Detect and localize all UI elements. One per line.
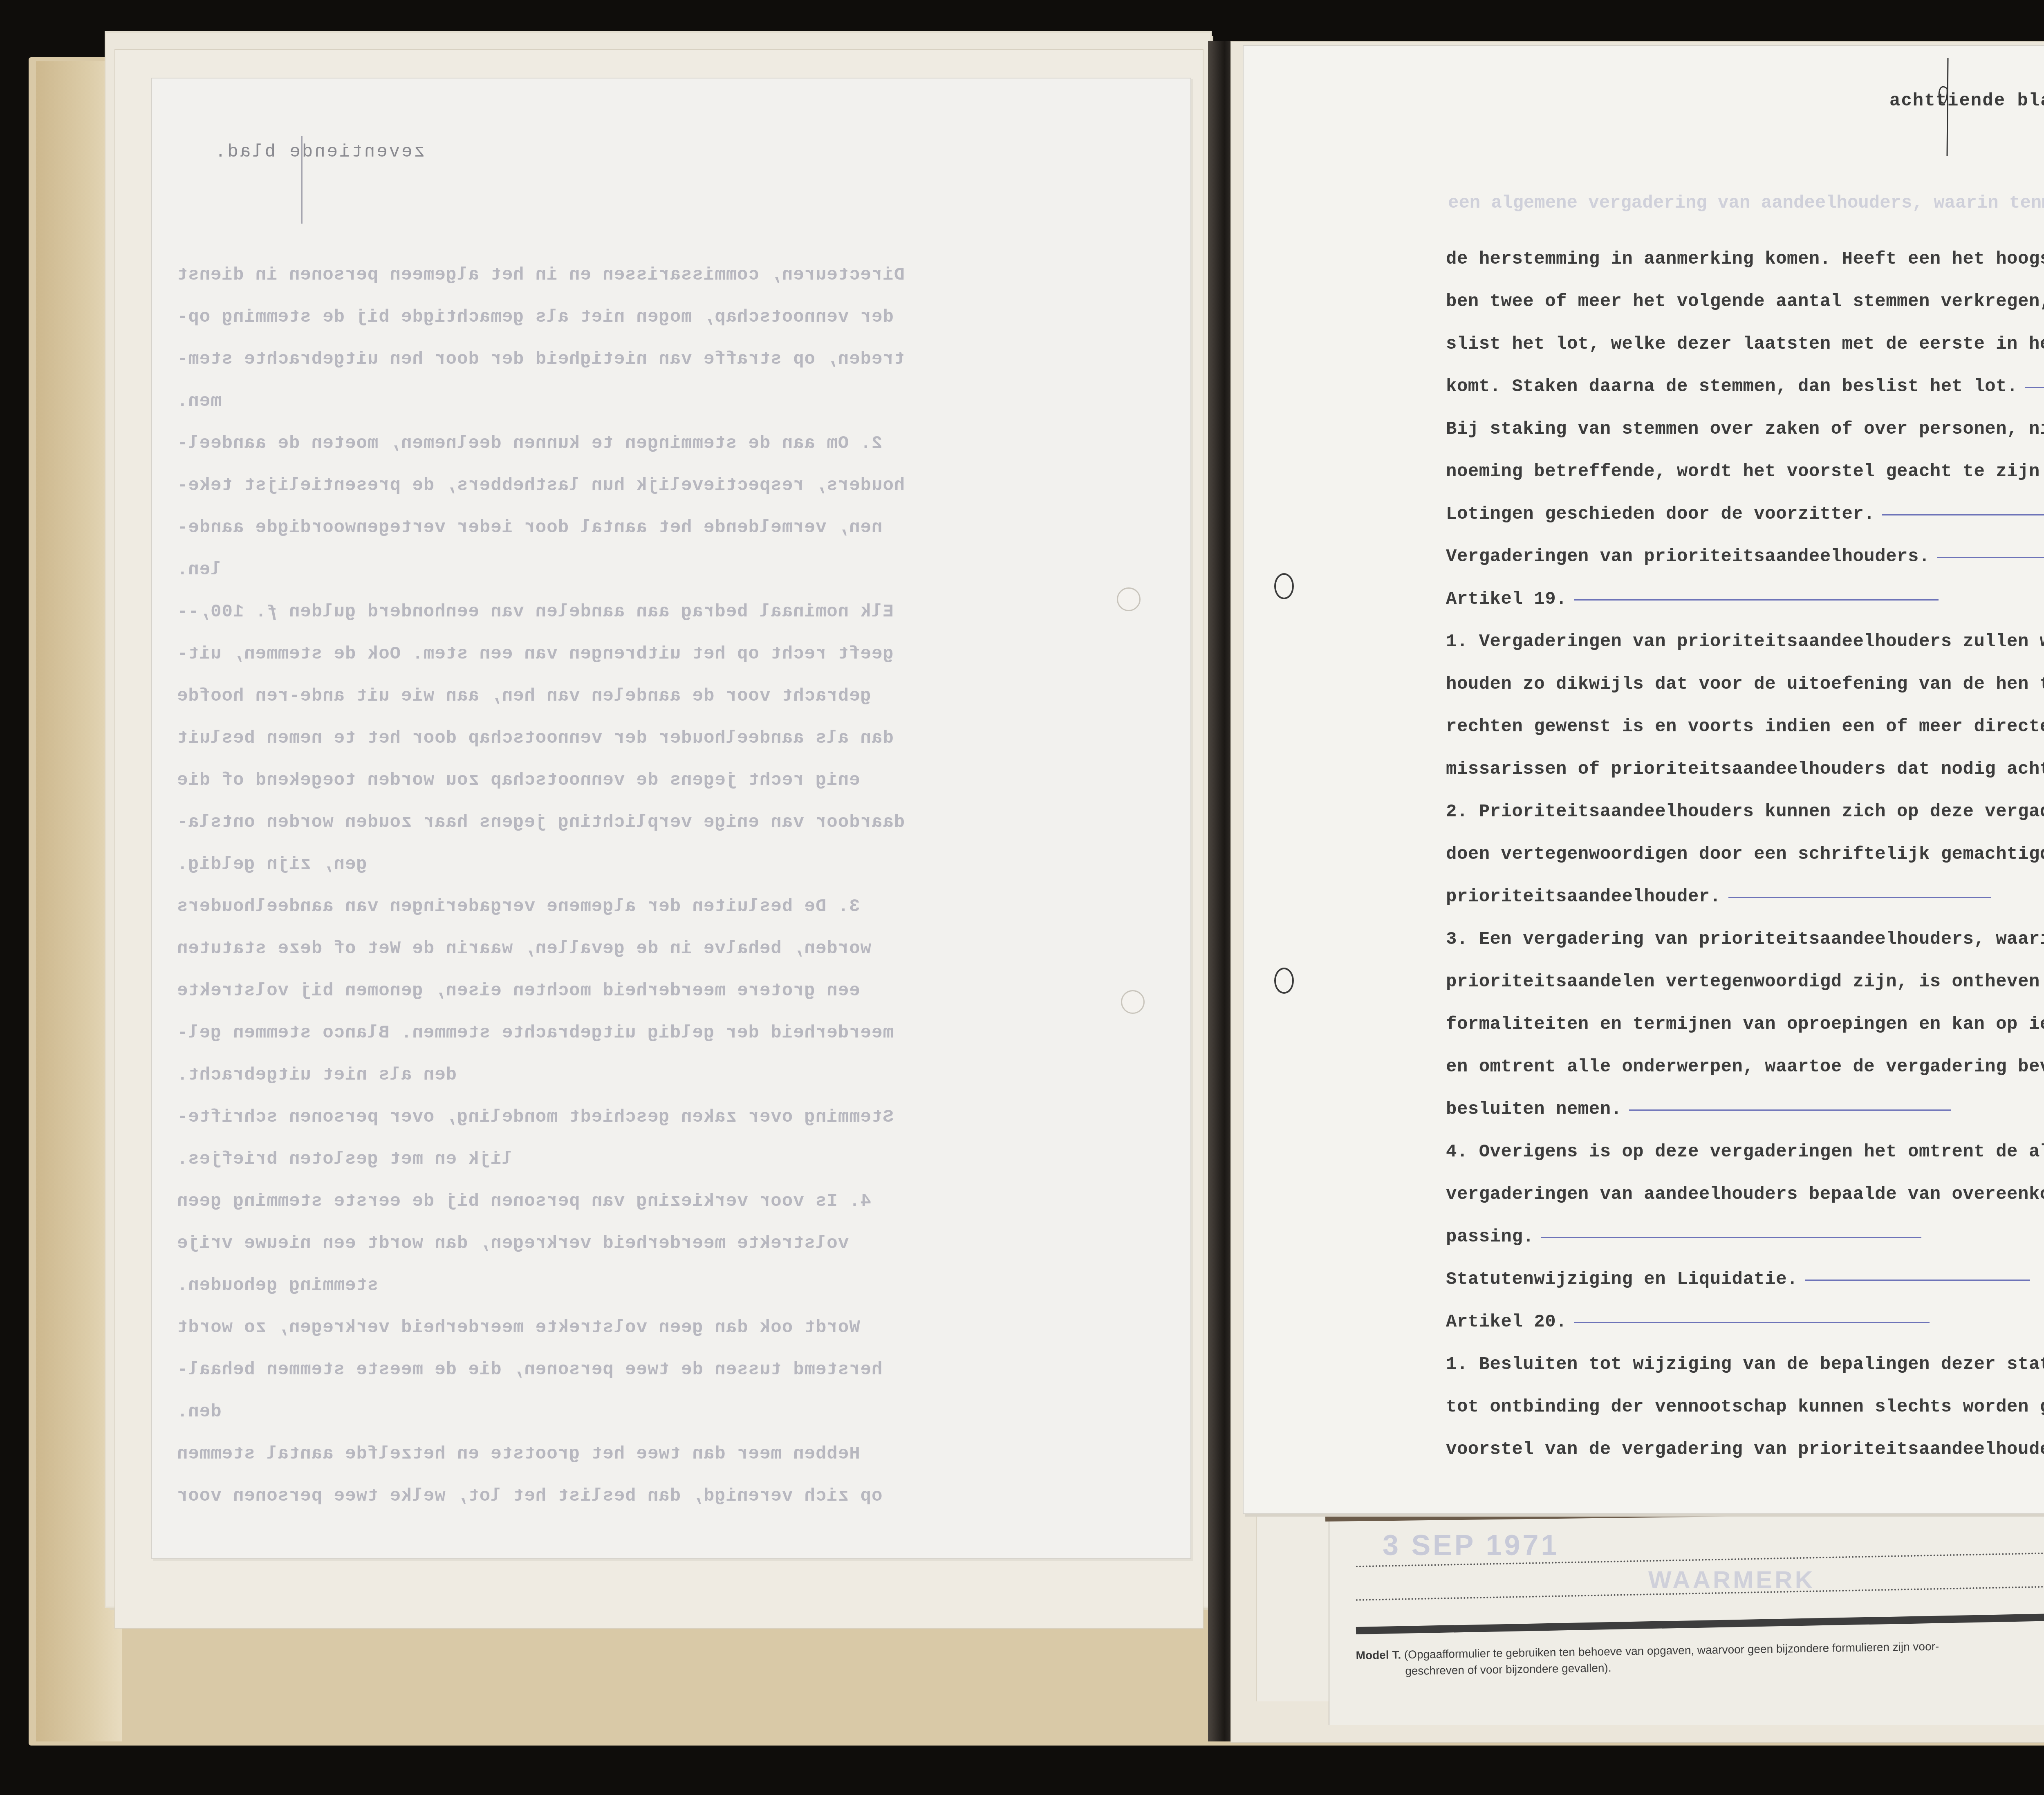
typed-line: passing. — [1446, 1216, 2044, 1258]
form-rule — [1356, 1610, 2044, 1634]
punch-hole-icon — [1274, 968, 1294, 994]
left-text-line: Stemming over zaken geschiedt mondeling,… — [177, 1096, 1158, 1138]
pen-line-filler — [2025, 387, 2044, 388]
typed-line-text: vergaderingen van aandeelhouders bepaald… — [1446, 1184, 2044, 1205]
typed-line-text: Bij staking van stemmen over zaken of ov… — [1446, 419, 2044, 439]
typed-line-text: Lotingen geschieden door de voorzitter. — [1446, 504, 1875, 524]
left-page-body: Directeuren, commissarissen en in het al… — [177, 254, 1158, 1522]
typed-line-text: slist het lot, welke dezer laatsten met … — [1446, 334, 2044, 354]
typed-line: Vergaderingen van prioriteitsaandeelhoud… — [1446, 536, 2044, 578]
typed-line-text: formaliteiten en termijnen van oproeping… — [1446, 1014, 2044, 1035]
pen-line-filler — [1629, 1109, 1951, 1111]
typed-line-text: tot ontbinding der vennootschap kunnen s… — [1446, 1397, 2044, 1417]
waarmerk-stamp: WAARMERK — [1648, 1566, 1815, 1594]
pen-line-filler — [1541, 1237, 1921, 1238]
typed-line-text: 2. Prioriteitsaandeelhouders kunnen zich… — [1446, 802, 2044, 822]
typed-line-text: komt. Staken daarna de stemmen, dan besl… — [1446, 376, 2018, 397]
left-page-header: zeventiende blad. — [213, 142, 425, 162]
showthrough-text: een algemene vergadering van aandeelhoud… — [1448, 193, 2044, 213]
typed-line-text: ben twee of meer het volgende aantal ste… — [1446, 291, 2044, 312]
left-text-line: 2. Om aan de stemmingen te kunnen deelne… — [177, 423, 1158, 465]
typed-line-text: houden zo dikwijls dat voor de uitoefeni… — [1446, 674, 2044, 695]
typed-line: slist het lot, welke dezer laatsten met … — [1446, 323, 2044, 365]
right-page: achttiende blad. een algemene vergaderin… — [1243, 45, 2044, 1514]
left-text-line: nen, vermeldende het aantal door ieder v… — [177, 507, 1158, 549]
left-text-line: houders, respectievelijk hun lasthebbers… — [177, 465, 1158, 507]
right-page-header: achttiende blad. — [1889, 91, 2044, 111]
typed-line: komt. Staken daarna de stemmen, dan besl… — [1446, 365, 2044, 408]
left-text-line: stemming gehouden. — [177, 1265, 1158, 1307]
typed-line-text: de herstemming in aanmerking komen. Heef… — [1446, 249, 2044, 269]
left-text-line: treden, op straffe van nietigheid der do… — [177, 338, 1158, 381]
left-text-line: worden, behalve in de gevallen, waarin d… — [177, 928, 1158, 970]
left-text-line: 3. De besluiten der algemene vergadering… — [177, 886, 1158, 928]
typed-line: besluiten nemen. — [1446, 1088, 2044, 1131]
typed-line-text: 1. Besluiten tot wijziging van de bepali… — [1446, 1354, 2044, 1375]
typed-line: ben twee of meer het volgende aantal ste… — [1446, 280, 2044, 323]
left-text-line: gen, zijn geldig. — [177, 844, 1158, 886]
typed-line: tot ontbinding der vennootschap kunnen s… — [1446, 1386, 2044, 1428]
typed-line-text: doen vertegenwoordigen door een schrifte… — [1446, 844, 2044, 865]
left-page: zeventiende blad. Directeuren, commissar… — [151, 78, 1191, 1559]
typed-line: prioriteitsaandelen vertegenwoordigd zij… — [1446, 961, 2044, 1003]
typed-line: missarissen of prioriteitsaandeelhouders… — [1446, 748, 2044, 791]
typed-line: vergaderingen van aandeelhouders bepaald… — [1446, 1173, 2044, 1216]
typed-line-text: Artikel 20. — [1446, 1312, 1567, 1332]
left-text-line: den als niet uitgebracht. — [177, 1054, 1158, 1096]
left-text-line: lijk en met gesloten briefjes. — [177, 1138, 1158, 1181]
date-stamp: 3 SEP 1971 — [1383, 1529, 1559, 1562]
typed-line-text: missarissen of prioriteitsaandeelhouders… — [1446, 759, 2044, 780]
typed-line: de herstemming in aanmerking komen. Heef… — [1446, 238, 2044, 280]
typed-line: formaliteiten en termijnen van oproeping… — [1446, 1003, 2044, 1046]
left-text-line: gebracht voor de aandelen van hen, aan w… — [177, 675, 1158, 717]
typed-line-text: prioriteitsaandeelhouder. — [1446, 887, 1721, 907]
punch-hole-icon — [1274, 573, 1294, 599]
right-page-body: de herstemming in aanmerking komen. Heef… — [1446, 238, 2044, 1471]
form-model-label: Model T. — [1356, 1648, 1401, 1662]
left-text-line: op zich verenigd, dan beslist het lot, w… — [177, 1475, 1158, 1517]
typed-line-text: rechten gewenst is en voorts indien een … — [1446, 717, 2044, 737]
left-text-line: Directeuren, commissarissen en in het al… — [177, 254, 1158, 296]
left-text-line: Hebben meer dan twee het grootste en het… — [177, 1433, 1158, 1475]
left-text-line: een grotere meerderheid mochten eisen, g… — [177, 970, 1158, 1012]
pen-line-filler — [1882, 514, 2044, 515]
left-text-line: meerderheid der geldig uitgebrachte stem… — [177, 1012, 1158, 1054]
typed-line: 3. Een vergadering van prioriteitsaandee… — [1446, 918, 2044, 961]
typed-line: Lotingen geschieden door de voorzitter. — [1446, 493, 2044, 536]
typed-line: en omtrent alle onderwerpen, waartoe de … — [1446, 1046, 2044, 1088]
typed-line-text: 3. Een vergadering van prioriteitsaandee… — [1446, 929, 2044, 950]
left-text-line: dan als aandeelhouder der vennootschap d… — [177, 717, 1158, 760]
left-text-line: len. — [177, 549, 1158, 591]
typed-line-text: noeming betreffende, wordt het voorstel … — [1446, 462, 2044, 482]
left-text-line: daardoor van enige verplichting jegens h… — [177, 802, 1158, 844]
typed-line: 4. Overigens is op deze vergaderingen he… — [1446, 1131, 2044, 1173]
typed-line-text: en omtrent alle onderwerpen, waartoe de … — [1446, 1057, 2044, 1077]
typed-line: noeming betreffende, wordt het voorstel … — [1446, 450, 2044, 493]
left-text-line: den. — [177, 1391, 1158, 1433]
typed-line: prioriteitsaandeelhouder. — [1446, 876, 2044, 918]
pen-line-filler — [1728, 897, 1992, 898]
typed-line-text: passing. — [1446, 1227, 1534, 1247]
typed-line: Statutenwijziging en Liquidatie. — [1446, 1258, 2044, 1301]
punch-hole-icon — [1117, 587, 1141, 611]
typed-line: houden zo dikwijls dat voor de uitoefeni… — [1446, 663, 2044, 706]
typed-line-text: besluiten nemen. — [1446, 1099, 1622, 1120]
typed-line: 2. Prioriteitsaandeelhouders kunnen zich… — [1446, 791, 2044, 833]
left-text-line: 4. Is voor verkiezing van personen bij d… — [177, 1181, 1158, 1223]
typed-line-text: 4. Overigens is op deze vergaderingen he… — [1446, 1142, 2044, 1162]
typed-line-text: Vergaderingen van prioriteitsaandeelhoud… — [1446, 547, 1930, 567]
left-text-line: enig recht jegens de vennootschap zou wo… — [177, 760, 1158, 802]
form-caption: Model T. (Opgaafformulier te gebruiken t… — [1356, 1633, 2044, 1680]
pen-line-filler — [1805, 1280, 2030, 1281]
left-text-line: Elk nominaal bedrag aan aandelen van een… — [177, 591, 1158, 633]
pen-line-filler — [1574, 599, 1939, 601]
left-text-line: herstemd tussen de twee personen, die de… — [177, 1349, 1158, 1391]
pen-line-filler — [1937, 557, 2044, 558]
typed-line-text: prioriteitsaandelen vertegenwoordigd zij… — [1446, 972, 2044, 992]
typed-line: voorstel van de vergadering van priorite… — [1446, 1428, 2044, 1471]
left-text-line: der vennootschap, mogen niet als gemacht… — [177, 296, 1158, 338]
left-text-line: volstrekte meerderheid verkregen, dan wo… — [177, 1223, 1158, 1265]
typed-line-text: Artikel 19. — [1446, 589, 1567, 610]
typed-line: 1. Vergaderingen van prioriteitsaandeelh… — [1446, 621, 2044, 663]
typed-line: rechten gewenst is en voorts indien een … — [1446, 706, 2044, 748]
pen-line-filler — [1574, 1322, 1930, 1323]
typed-line: Artikel 19. — [1446, 578, 2044, 621]
typed-line-text: voorstel van de vergadering van priorite… — [1446, 1439, 2044, 1460]
left-text-line: Wordt ook dan geen volstrekte meerderhei… — [177, 1307, 1158, 1349]
left-text-line: men. — [177, 381, 1158, 423]
typed-line-text: Statutenwijziging en Liquidatie. — [1446, 1269, 1798, 1290]
left-text-line: geeft recht op het uitbrengen van een st… — [177, 633, 1158, 675]
typed-line: 1. Besluiten tot wijziging van de bepali… — [1446, 1343, 2044, 1386]
typed-line-text: 1. Vergaderingen van prioriteitsaandeelh… — [1446, 632, 2044, 652]
punch-hole-icon — [1121, 990, 1145, 1014]
form-model-t: 3 SEP 1971 WAARMERK Model T. (Opgaafform… — [1329, 1513, 2044, 1725]
typed-line: Bij staking van stemmen over zaken of ov… — [1446, 408, 2044, 450]
typed-line: doen vertegenwoordigen door een schrifte… — [1446, 833, 2044, 876]
typed-line: Artikel 20. — [1446, 1301, 2044, 1343]
